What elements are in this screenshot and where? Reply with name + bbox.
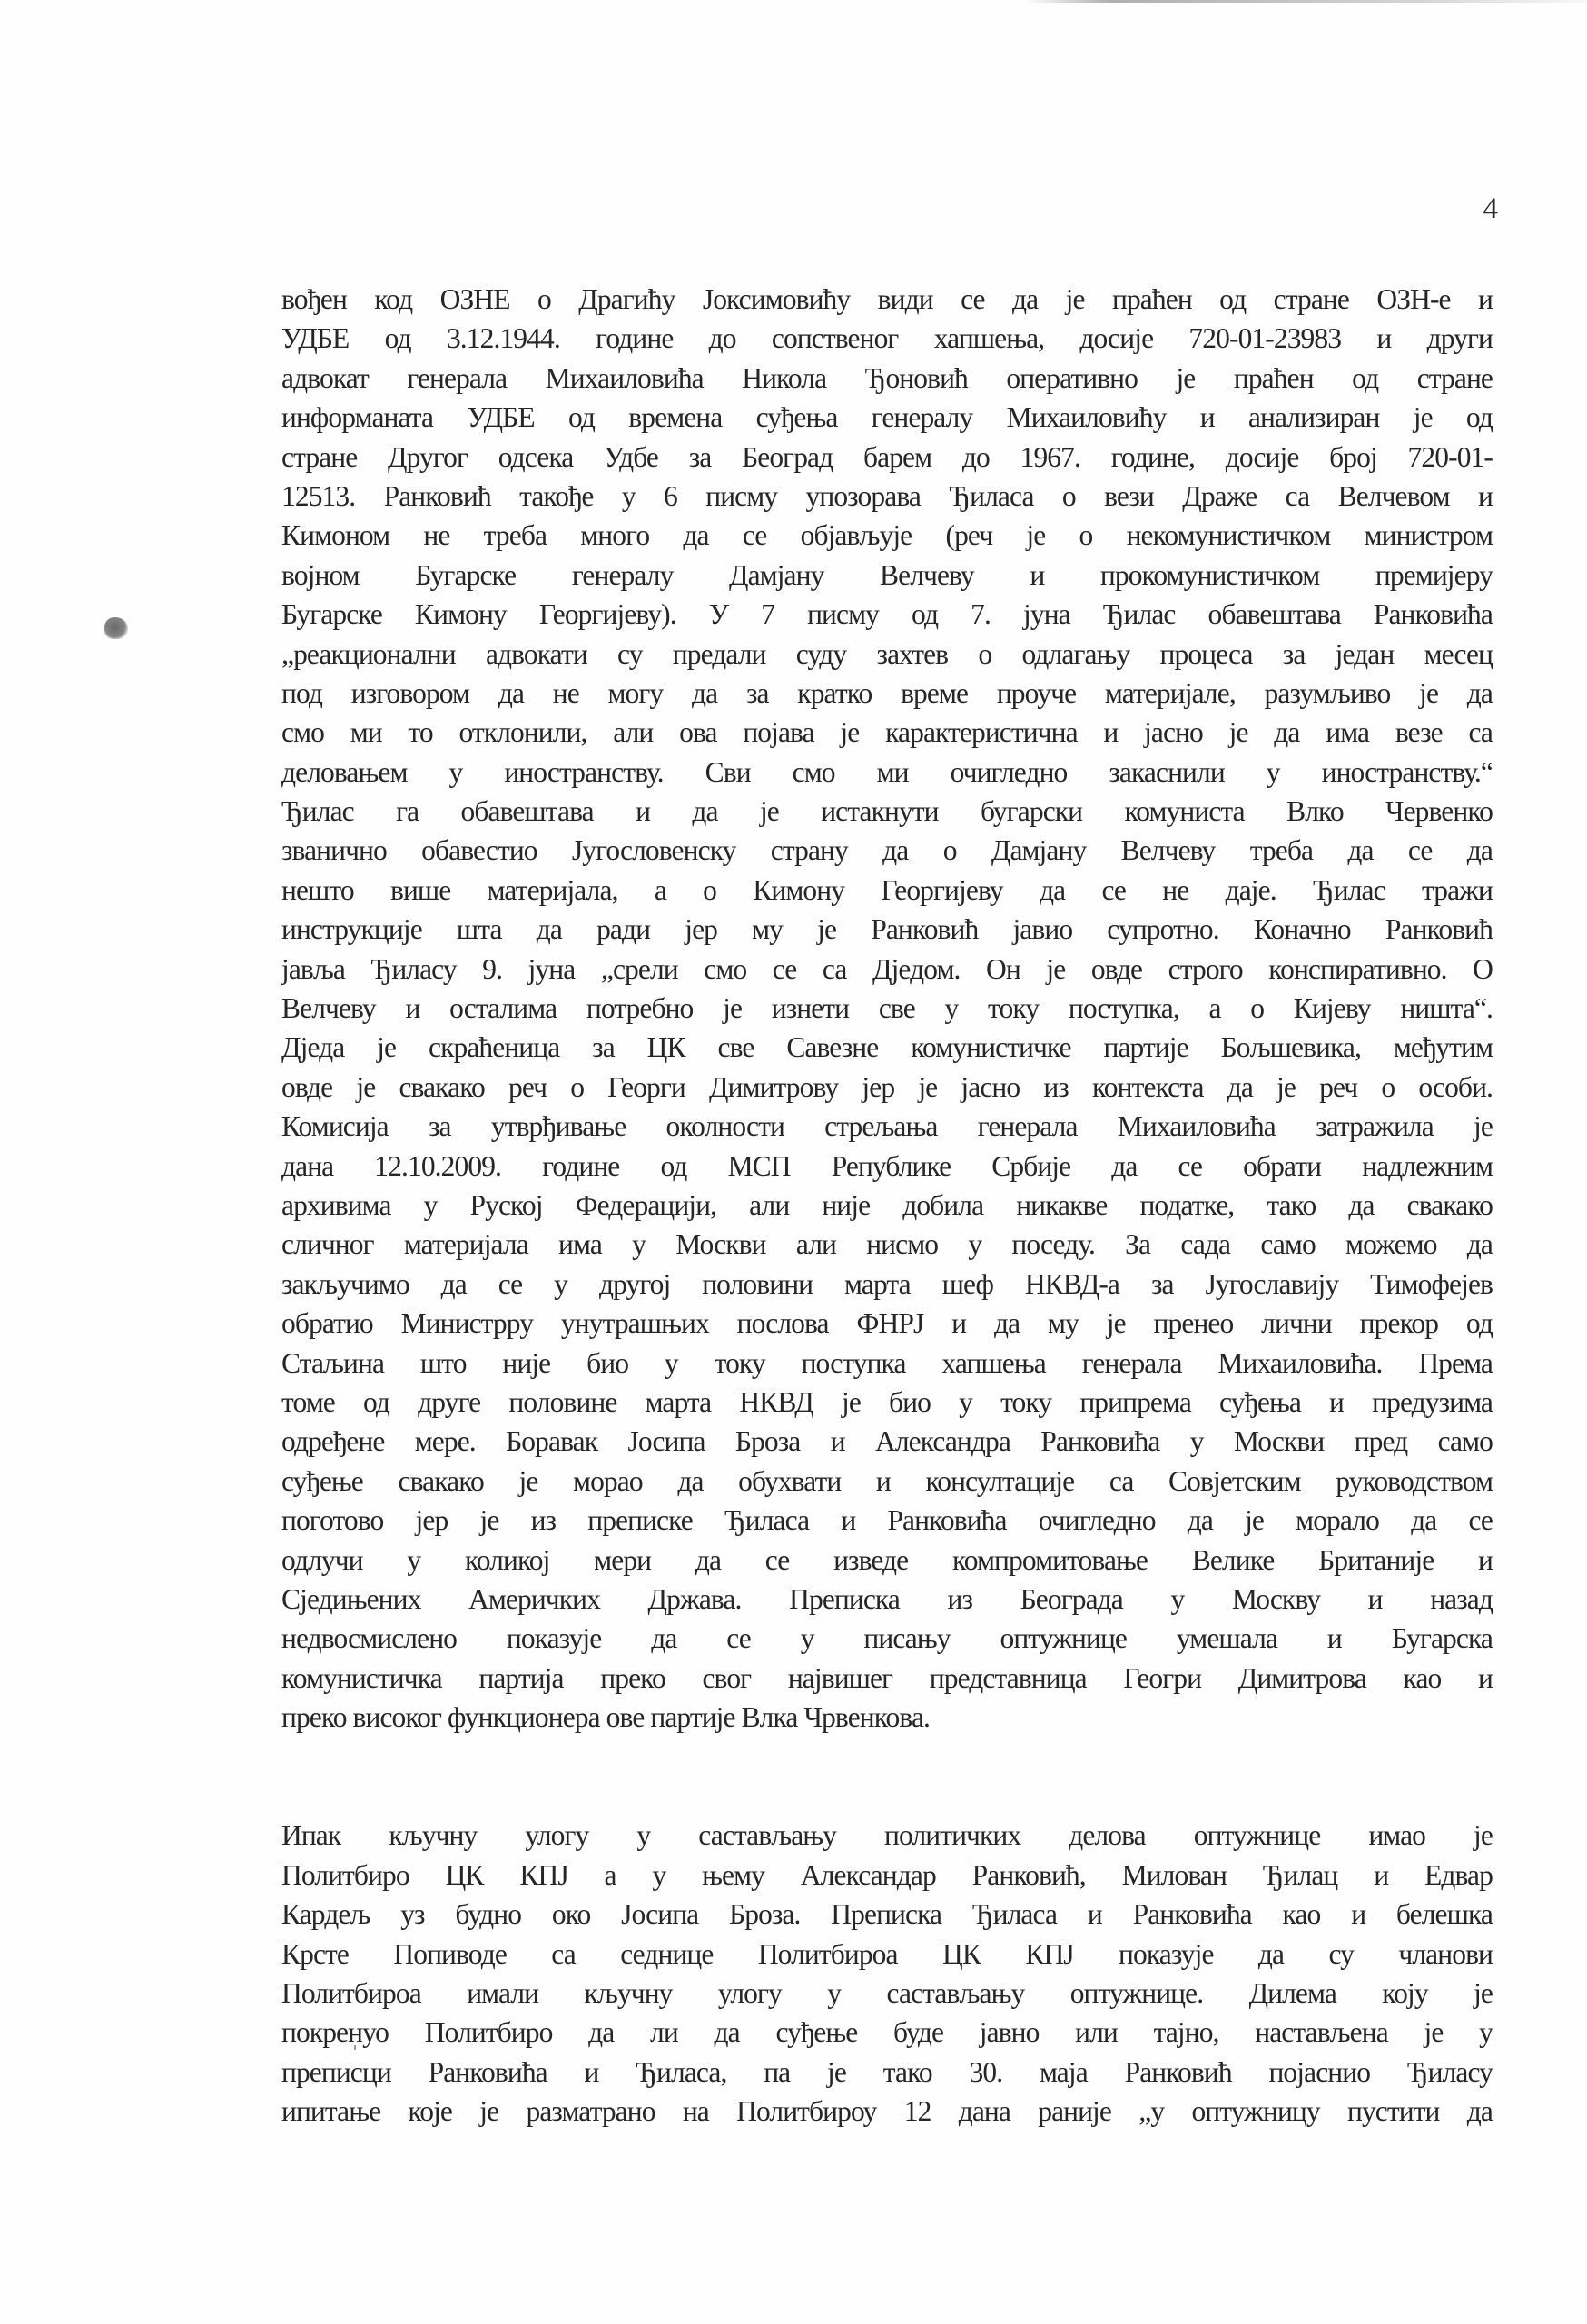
text-line: Сједињених Америчких Држава. Преписка из… xyxy=(281,1580,1493,1619)
text-line: под изговором да не могу да за кратко вр… xyxy=(281,674,1493,713)
text-line: Стаљина што није био у току поступка хап… xyxy=(281,1344,1493,1383)
text-line: сличног материјала има у Москви али нисм… xyxy=(281,1225,1493,1264)
text-line: овде је свакако реч о Георги Димитрову ј… xyxy=(281,1068,1493,1107)
text-line: војном Бугарске генералу Дамјану Велчеву… xyxy=(281,556,1493,595)
text-line: ипитање које је разматрано на Политбироу… xyxy=(281,2092,1493,2131)
paragraph-spacer xyxy=(281,1737,1493,1816)
text-line: одређене мере. Боравак Јосипа Броза и Ал… xyxy=(281,1422,1493,1461)
text-line: Политбироа имали кључну улогу у саставља… xyxy=(281,1974,1493,2013)
text-line: инструкције шта да ради јер му је Ранков… xyxy=(281,910,1493,949)
text-line: Кардељ уз будно око Јосипа Броза. Препис… xyxy=(281,1895,1493,1934)
text-line: томе од друге половине марта НКВД је био… xyxy=(281,1383,1493,1422)
text-line: преписци Ранковића и Ђиласа, па је тако … xyxy=(281,2053,1493,2092)
text-line: стране Другог одсека Удбе за Београд бар… xyxy=(281,438,1493,477)
text-line: Ђилас га обавештава и да је истакнути бу… xyxy=(281,792,1493,831)
text-line: „реакционални адвокати су предали суду з… xyxy=(281,635,1493,674)
text-line: деловањем у иностранству. Сви смо ми очи… xyxy=(281,753,1493,792)
text-line: Крсте Попиводе са седнице Политбироа ЦК … xyxy=(281,1935,1493,1974)
text-line: архивима у Руској Федерацији, али није д… xyxy=(281,1186,1493,1225)
text-line: вођен код ОЗНЕ о Драгићу Јоксимовићу вид… xyxy=(281,280,1493,319)
document-page: 4 вођен код ОЗНЕ о Драгићу Јоксимовићу в… xyxy=(0,0,1587,2324)
text-line: Ипак кључну улогу у састављању политички… xyxy=(281,1816,1493,1855)
scan-edge-shadow xyxy=(1026,0,1587,3)
text-line: Бугарске Кимону Георгијеву). У 7 писму о… xyxy=(281,595,1493,634)
text-line: јавља Ђиласу 9. јуна „срели смо се са Дј… xyxy=(281,950,1493,989)
text-line: званично обавестио Југословенску страну … xyxy=(281,831,1493,870)
text-line: поготово јер је из преписке Ђиласа и Ран… xyxy=(281,1501,1493,1540)
text-line: Кимоном не треба много да се објављује (… xyxy=(281,516,1493,555)
paragraph-1: вођен код ОЗНЕ о Драгићу Јоксимовићу вид… xyxy=(281,280,1493,1737)
text-line: комунистичка партија преко свог највишег… xyxy=(281,1659,1493,1698)
text-line: смо ми то отклонили, али ова појава је к… xyxy=(281,713,1493,752)
text-line: нешто више материјала, а о Кимону Георги… xyxy=(281,871,1493,910)
text-line: адвокат генерала Михаиловића Никола Ђоно… xyxy=(281,359,1493,398)
text-line: Велчеву и осталима потребно је изнети св… xyxy=(281,989,1493,1028)
scan-speck-mark xyxy=(104,617,128,639)
text-line: Дједа је скраћеница за ЦК све Савезне ко… xyxy=(281,1028,1493,1067)
text-line: информаната УДБЕ од времена суђења генер… xyxy=(281,398,1493,437)
document-body: вођен код ОЗНЕ о Драгићу Јоксимовићу вид… xyxy=(281,280,1493,2132)
text-line: обратио Министрру унутрашњих послова ФНР… xyxy=(281,1304,1493,1343)
text-line: дана 12.10.2009. године од МСП Републике… xyxy=(281,1147,1493,1186)
text-line: суђење свакако је морао да обухвати и ко… xyxy=(281,1462,1493,1501)
text-line: УДБЕ од 3.12.1944. године до сопственог … xyxy=(281,319,1493,358)
paragraph-2: Ипак кључну улогу у састављању политички… xyxy=(281,1816,1493,2131)
text-line: закључимо да се у другој половини марта … xyxy=(281,1265,1493,1304)
text-line: Комисија за утврђивање околности стрељањ… xyxy=(281,1107,1493,1146)
text-line: преко високог функционера ове партије Вл… xyxy=(281,1698,1493,1737)
text-line: Политбиро ЦК КПЈ а у њему Александар Ран… xyxy=(281,1856,1493,1895)
text-line: недвосмислено показује да се у писању оп… xyxy=(281,1619,1493,1658)
text-line: покренуо Политбиро да ли да суђење буде … xyxy=(281,2013,1493,2052)
text-line: 12513. Ранковић такође у 6 писму упозора… xyxy=(281,477,1493,516)
page-number: 4 xyxy=(1462,192,1498,226)
text-line: одлучи у коликој мери да се изведе компр… xyxy=(281,1541,1493,1580)
